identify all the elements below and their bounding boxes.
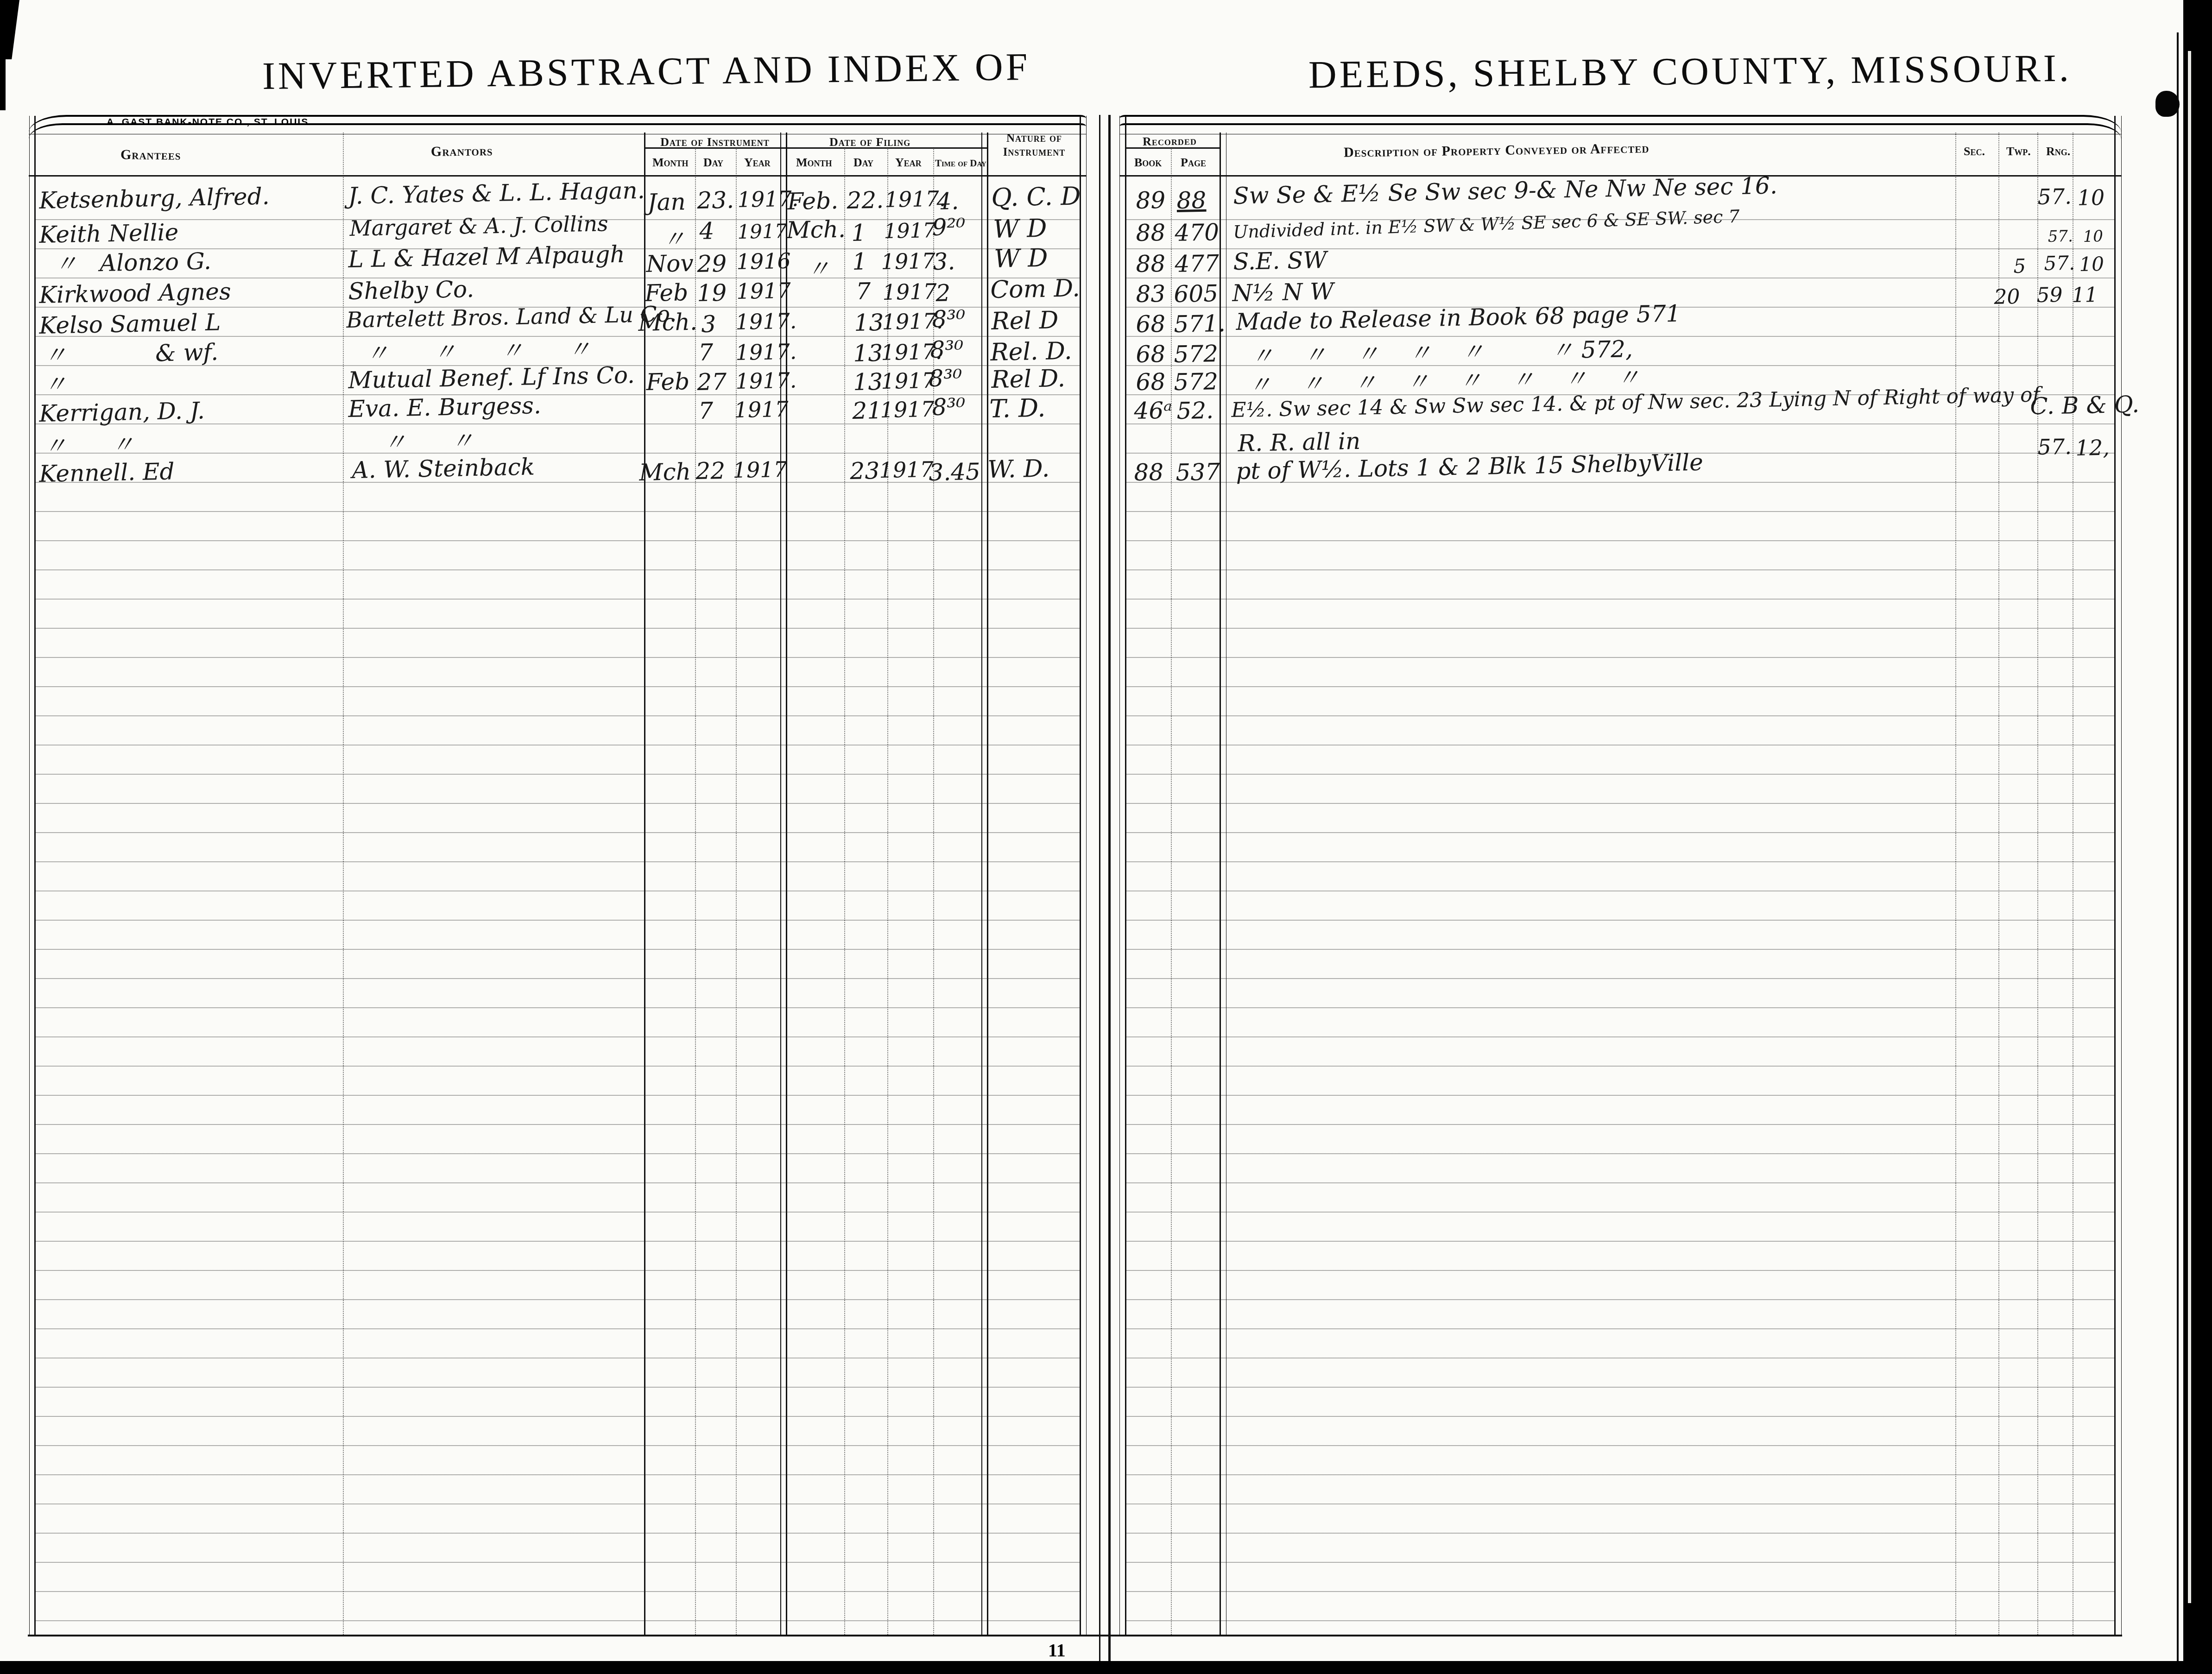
entry-file-day: 1 <box>851 221 866 245</box>
entry-grantor: Margaret & A. J. Collins <box>349 213 608 239</box>
page-number: 11 <box>1048 1639 1066 1661</box>
entry-file-time: 3.45 <box>929 460 980 484</box>
bottom-heavy-rule <box>28 1635 2122 1636</box>
col-subheader-file-day: Day <box>853 156 873 170</box>
entry-page: 477 <box>1175 252 1219 276</box>
entry-nature: T. D. <box>989 396 1046 422</box>
entry-inst-year: 1917 <box>737 221 787 242</box>
entry-file-time: 8³⁰ <box>932 395 966 419</box>
entry-page: 571. <box>1174 312 1226 336</box>
entry-grantor: J. C. Yates & L. L. Hagan. <box>348 179 645 208</box>
entry-grantee: Kerrigan, D. J. <box>39 399 205 425</box>
entry-grantee: Ketsenburg, Alfred. <box>39 184 270 212</box>
entry-book: 68 <box>1136 370 1166 394</box>
entry-inst-year: 1917. <box>735 341 797 363</box>
entry-inst-month: Mch. <box>638 310 697 335</box>
scan-edge-top-left <box>0 0 19 59</box>
right-page-border-outer <box>1119 116 1120 1636</box>
entry-grantor: Eva. E. Burgess. <box>348 394 541 421</box>
right-page-title: DEEDS, SHELBY COUNTY, MISSOURI. <box>1308 46 2072 97</box>
entry-rng: 10 <box>2083 228 2103 245</box>
page-stack-edge <box>2177 32 2179 1663</box>
col-subheader-page: Page <box>1181 156 1206 170</box>
entry-grantor: 〃 〃 〃 〃 <box>366 338 591 365</box>
header-top-thin-right <box>1119 134 2121 134</box>
header-midline-recorded <box>1125 147 1220 149</box>
entry-page: 572 <box>1174 370 1218 394</box>
entry-book: 83 <box>1136 282 1166 306</box>
entry-file-time: 4. <box>936 190 959 213</box>
entry-file-year: 1917 <box>882 281 937 303</box>
entry-twp: 59 <box>2036 285 2063 306</box>
header-top-thin-left <box>29 134 1086 134</box>
entry-inst-day: 27 <box>697 370 727 394</box>
printer-mark: A. GAST BANK-NOTE CO., ST. LOUIS <box>107 117 309 128</box>
entry-grantor-ditto: 〃 〃 <box>383 429 474 454</box>
entry-file-time: 3. <box>933 250 955 273</box>
entry-grantee: 〃 <box>44 373 67 396</box>
entry-nature: Rel. D. <box>990 339 1072 365</box>
entry-nature: Q. C. D <box>991 183 1081 210</box>
entry-twp: 57. <box>2048 228 2073 245</box>
col-subheader-inst-month: Month <box>652 156 689 170</box>
right-page-right-border-inner <box>2114 116 2116 1636</box>
col-subheader-time-of-day: Time of Day <box>935 158 986 169</box>
entry-file-day: 7 <box>856 279 871 303</box>
binding-line-right <box>1108 115 1111 1661</box>
entry-file-day: 13 <box>854 311 884 335</box>
entry-inst-year: 1917 <box>734 398 789 421</box>
entry-inst-day: 4 <box>699 219 714 243</box>
entry-nature: Rel D <box>991 308 1059 334</box>
entry-grantor: L L & Hazel M Alpaugh <box>348 243 625 271</box>
entry-rng: 11 <box>2072 285 2098 306</box>
entry-file-day: 13 <box>853 341 883 365</box>
entry-page: 605 <box>1174 282 1218 306</box>
left-page-right-border-inner <box>1080 116 1081 1636</box>
entry-file-year: 1917 <box>884 221 936 242</box>
entry-inst-month: Jan <box>647 190 686 214</box>
entry-sec: 5 <box>2013 256 2026 276</box>
entry-description: S.E. SW <box>1233 248 1327 273</box>
left-page-title: INVERTED ABSTRACT AND INDEX OF <box>262 44 1030 99</box>
entry-file-time: 8³⁰ <box>930 338 964 361</box>
entry-file-year: 1917 <box>881 370 935 392</box>
entry-file-day: 1 <box>852 250 867 273</box>
left-page-border-outer <box>29 116 30 1636</box>
entry-file-time: 8³⁰ <box>929 366 962 390</box>
entry-file-time: 8³⁰ <box>932 307 966 331</box>
entry-page: 572 <box>1174 342 1218 366</box>
col-header-nature: Nature of Instrument <box>997 132 1071 159</box>
entry-inst-day: 29 <box>697 252 727 276</box>
entry-description-overflow: C. B & Q. <box>2030 392 2140 418</box>
entry-book: 88 <box>1136 221 1166 245</box>
col-subheader-file-year: Year <box>895 156 922 170</box>
entry-file-time: 9²⁰ <box>932 215 966 239</box>
top-rule-right-page-2 <box>1119 123 2121 139</box>
entry-book: 88 <box>1136 252 1166 276</box>
entry-inst-year: 1917 <box>736 280 791 302</box>
entry-twp: 57. <box>2044 253 2075 273</box>
entry-inst-year: 1916 <box>736 250 791 272</box>
entry-twp: 57. <box>2037 436 2072 458</box>
entry-twp: 57. <box>2037 186 2072 208</box>
entry-book: 89 <box>1136 189 1166 212</box>
entry-grantee: 〃 Alonzo G. <box>54 250 211 276</box>
entry-inst-year: 1917. <box>735 310 797 333</box>
entry-inst-day: 22 <box>695 459 726 483</box>
col-header-twp: Twp. <box>2006 145 2031 158</box>
entry-grantor: Bartelett Bros. Land & Lu Co. <box>346 303 676 331</box>
entry-description: 〃 〃 〃 〃 〃 〃 572, <box>1251 337 1633 368</box>
entry-inst-day: 19 <box>697 281 727 305</box>
col-subheader-inst-day: Day <box>703 156 723 170</box>
entry-grantee: Kelso Samuel L <box>39 310 221 337</box>
entry-rng: 10 <box>2077 187 2105 208</box>
entry-file-day: 23 <box>850 459 880 483</box>
entry-inst-month: Feb <box>646 370 690 394</box>
entry-nature: Rel D. <box>991 366 1065 392</box>
entry-file-year: 1917 <box>879 459 934 481</box>
entry-sec: 20 <box>1994 287 2020 308</box>
col-subheader-inst-year: Year <box>744 156 771 170</box>
entry-grantor: A. W. Steinback <box>352 455 535 482</box>
entry-grantee: 〃 & wf. <box>44 341 218 367</box>
col-header-sec: Sec. <box>1964 145 1985 158</box>
entry-file-day: 22. <box>847 188 884 212</box>
entry-nature: Com D. <box>990 276 1080 302</box>
entry-book: 68 <box>1136 312 1166 336</box>
entry-page: 88 <box>1176 189 1207 212</box>
col-header-rng: Rng. <box>2046 145 2070 158</box>
col-header-grantees: Grantees <box>120 147 181 163</box>
entry-inst-day: 23. <box>697 188 734 212</box>
entry-file-time: 2 <box>935 281 951 305</box>
entry-inst-year: 1917. <box>735 369 797 392</box>
entry-book: 68 <box>1136 342 1166 366</box>
entry-nature: W D <box>993 216 1047 242</box>
entry-file-year: 1917 <box>881 250 935 272</box>
entry-page: 537 <box>1176 460 1220 484</box>
entry-book: 46ᵃ <box>1134 398 1172 423</box>
entry-grantee-ditto: 〃 〃 <box>44 433 134 458</box>
entry-book: 88 <box>1134 461 1164 484</box>
entry-page: 470 <box>1175 221 1219 245</box>
entry-page: 52. <box>1176 398 1213 423</box>
entry-file-month: Mch. <box>786 218 846 242</box>
entry-file-month: 〃 <box>807 257 830 281</box>
entry-inst-month: Mch <box>639 460 691 484</box>
entry-inst-day: 7 <box>698 399 714 423</box>
left-page-right-border-outer <box>1086 116 1087 1636</box>
col-subheader-book: Book <box>1134 156 1162 170</box>
col-header-recorded: Recorded <box>1143 134 1197 149</box>
col-header-description: Description of Property Conveyed or Affe… <box>1344 140 1650 160</box>
entry-grantor: Shelby Co. <box>348 278 474 303</box>
entry-file-year: 1917 <box>880 398 935 421</box>
entry-grantor: Mutual Benef. Lf Ins Co. <box>348 363 635 392</box>
col-header-grantors: Grantors <box>431 143 493 159</box>
entry-grantee: Kirkwood Agnes <box>39 280 231 307</box>
entry-inst-year: 1917 <box>733 459 787 481</box>
entry-nature: W. D. <box>987 456 1050 482</box>
entry-inst-day: 7 <box>698 341 714 364</box>
entry-inst-month: Nov <box>646 252 694 276</box>
ink-smudge-top-right <box>2155 91 2180 117</box>
page-stack-highlight <box>2188 51 2191 1603</box>
entry-file-day: 21 <box>852 399 882 423</box>
header-bottom-left <box>29 175 1086 177</box>
entry-description: N½ N W <box>1232 280 1334 305</box>
entry-grantee: Keith Nellie <box>39 221 179 246</box>
col-subheader-file-month: Month <box>796 156 832 170</box>
scan-edge-left-sliver <box>0 59 6 110</box>
entry-rng: 12, <box>2075 437 2110 459</box>
entry-nature: W D <box>994 246 1048 272</box>
entry-inst-month: 〃 <box>662 227 686 251</box>
entry-grantee: Kennell. Ed <box>39 460 175 486</box>
entry-rng: 10 <box>2079 254 2104 274</box>
right-page-right-border-outer <box>2121 116 2122 1636</box>
binding-line-left <box>1099 115 1100 1661</box>
entry-file-month: Feb. <box>787 189 838 213</box>
entry-inst-day: 3 <box>701 312 716 336</box>
scan-edge-bottom-band <box>0 1661 2212 1674</box>
entry-file-day: 13 <box>853 370 883 394</box>
entry-description: R. R. all in <box>1238 430 1361 455</box>
